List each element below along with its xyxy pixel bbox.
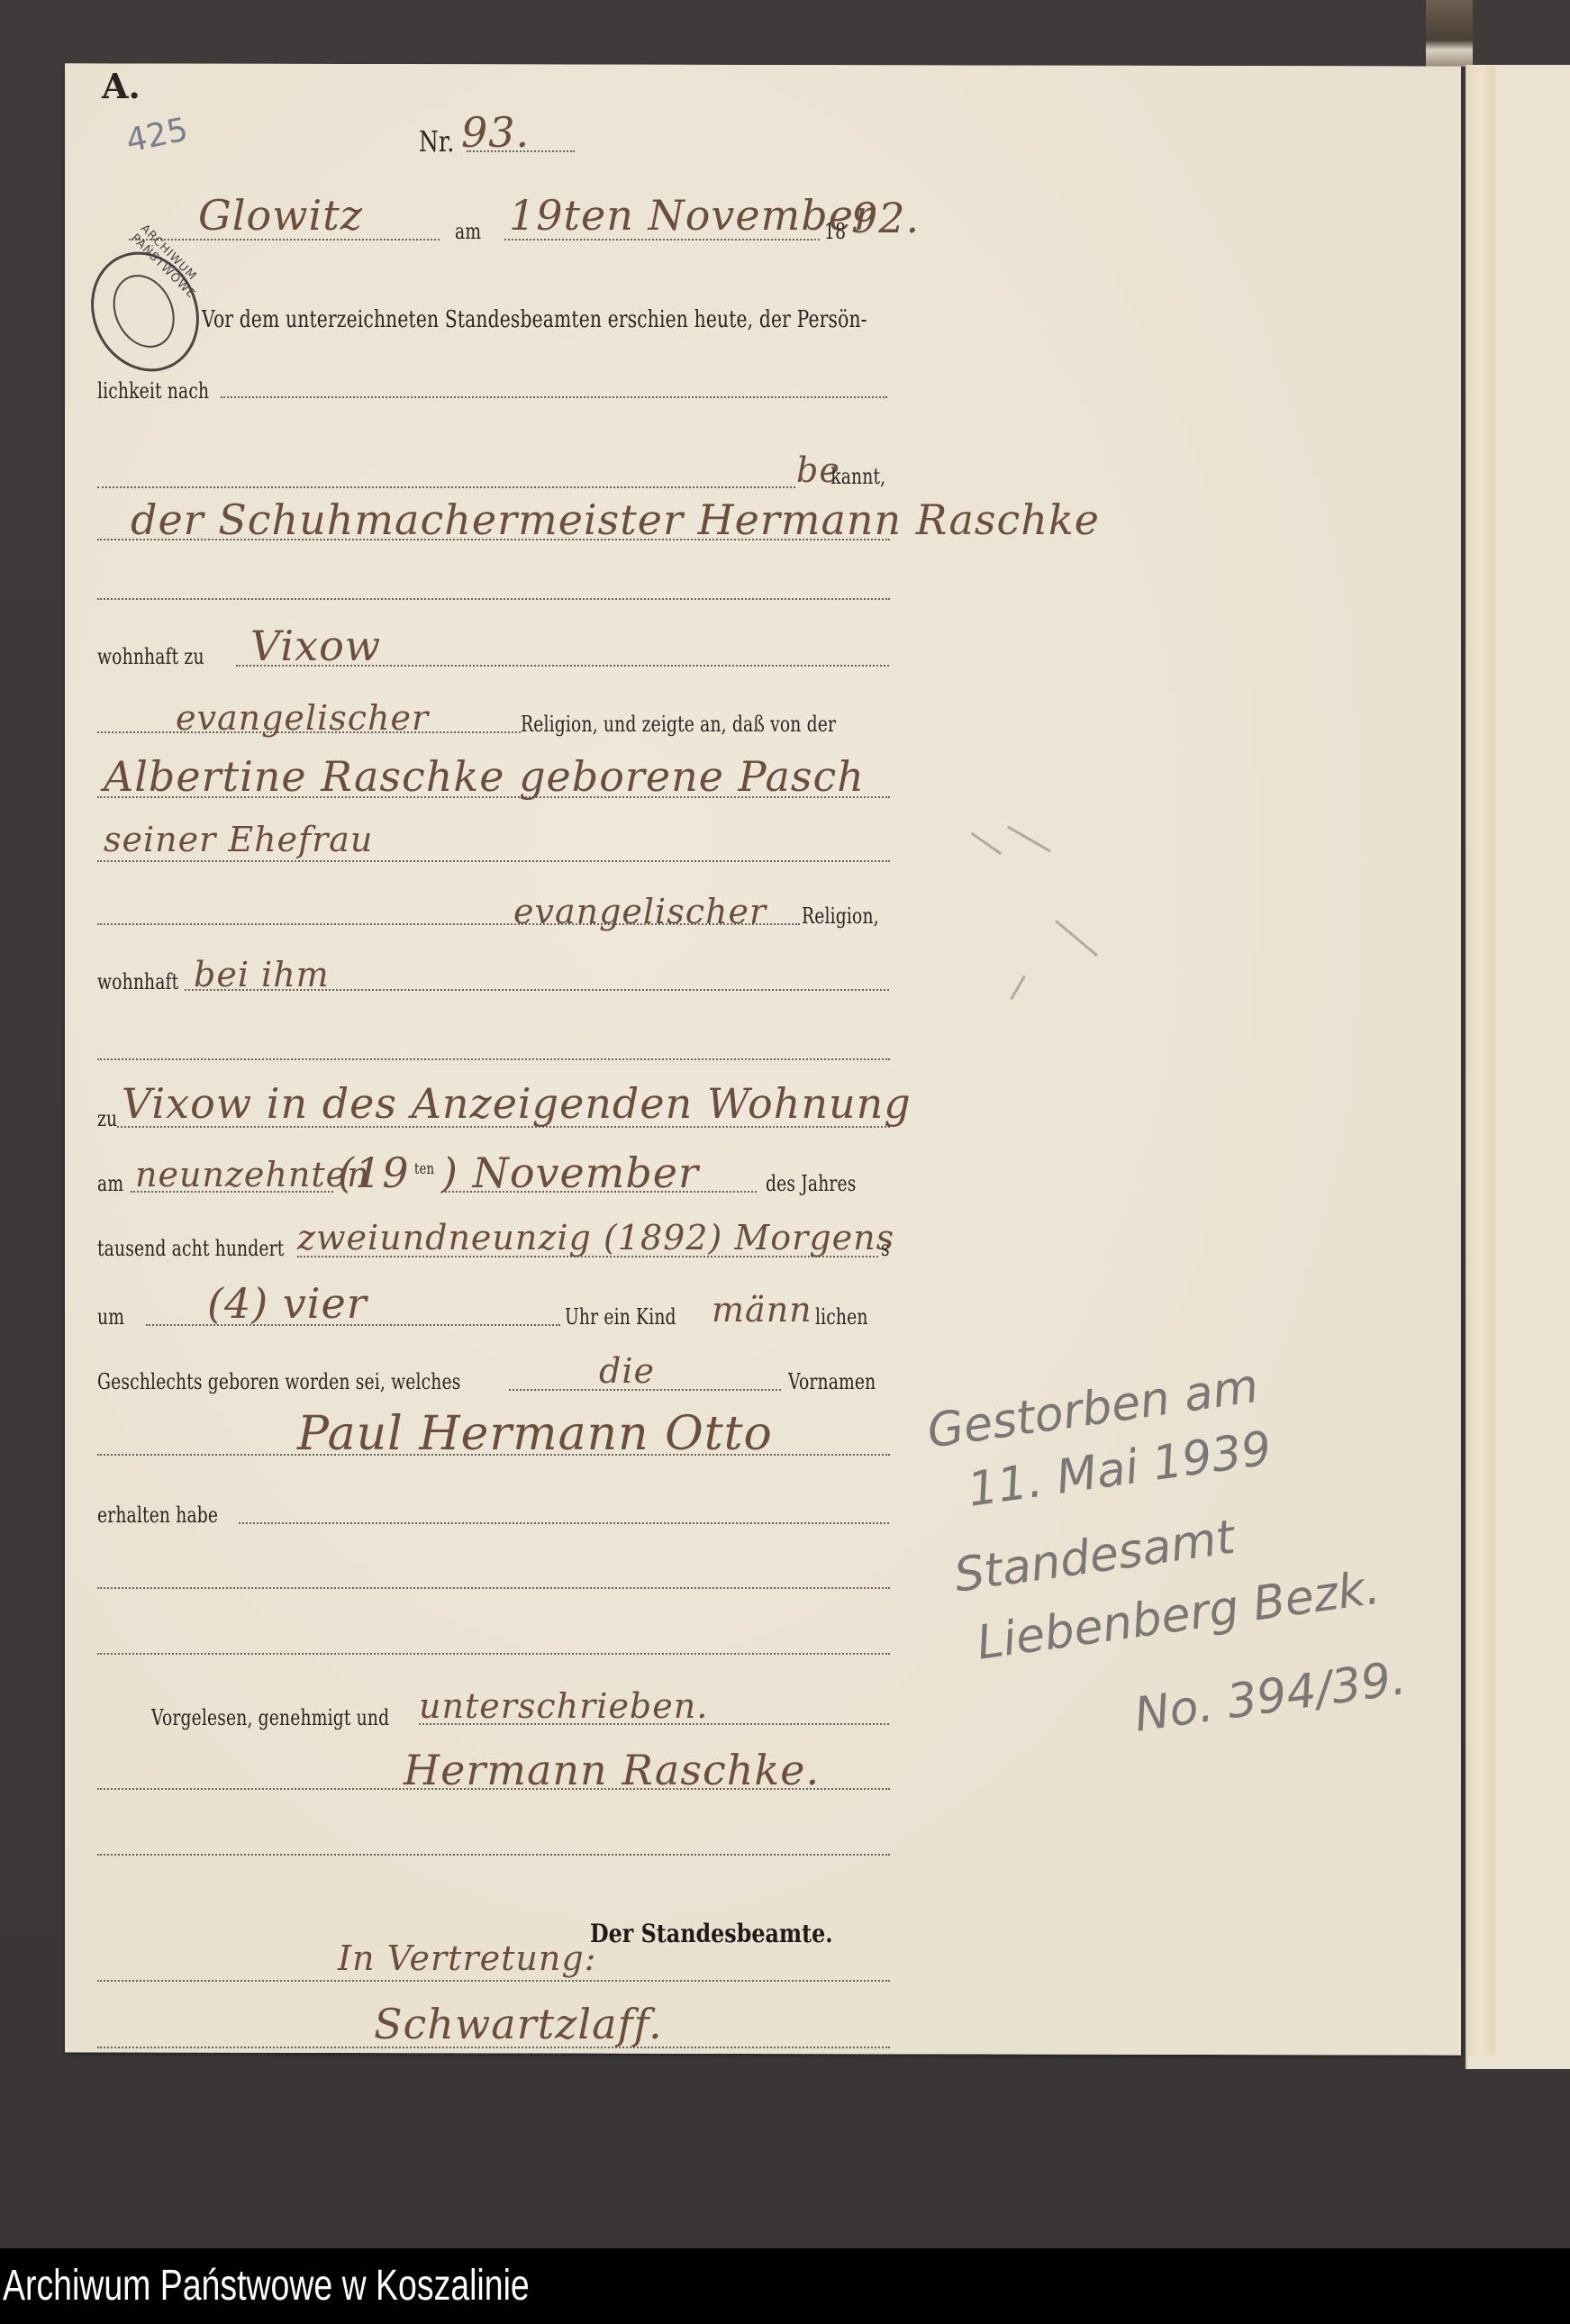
birth-day-label: am (97, 1171, 123, 1196)
mark (1055, 920, 1098, 957)
mother-religion-label: Religion, (802, 903, 879, 929)
dotted-line (97, 1058, 890, 1060)
year-words: zweiundneunzig (1892) Morgens (297, 1218, 894, 1257)
year-suffix: s (881, 1236, 890, 1261)
dotted-line (97, 1854, 890, 1856)
declarant-signature: Hermann Raschke. (404, 1746, 820, 1794)
child-names: Paul Hermann Otto (297, 1407, 773, 1461)
mother-residence: bei ihm (194, 955, 330, 994)
given-names-label: Vornamen (788, 1369, 876, 1394)
page-fold (1466, 67, 1495, 2056)
dotted-line (97, 1980, 890, 1982)
binding-tab (1426, 0, 1473, 67)
dotted-line (97, 598, 890, 600)
mother-name: Albertine Raschke geborene Pasch (104, 752, 865, 801)
record-number-label: Nr. (419, 124, 454, 159)
read-approved-label: Vorgelesen, genehmigt und (151, 1705, 389, 1730)
intro-line-2: lichkeit nach (97, 378, 209, 404)
date-prefix: am (455, 219, 481, 244)
registry-year: 92. (851, 194, 920, 242)
registrar-signature: Schwartzlaff. (374, 2000, 663, 2048)
birth-day-number: (19 (338, 1148, 409, 1197)
child-sex-suffix: lichen (815, 1304, 868, 1330)
birthplace: Vixow in des Anzeigenden Wohnung (122, 1079, 912, 1128)
archive-name: Archiwum Państwowe w Koszalinie (3, 2261, 530, 2310)
received-label: erhalten habe (97, 1502, 218, 1528)
declarant-residence: Vixow (250, 622, 381, 670)
mother-residence-label: wohnhaft (97, 969, 178, 994)
thousand-label: tausend acht hundert (97, 1236, 284, 1261)
year-label: des Jahres (766, 1171, 857, 1196)
birth-day-words: neunzehnten (135, 1155, 370, 1194)
faint-pencil-marks (968, 824, 1103, 1022)
mark (1007, 825, 1051, 852)
mother-religion: evangelischer (513, 892, 767, 931)
registry-date: 19ten November (509, 191, 875, 240)
birth-month: ) November (441, 1148, 699, 1197)
child-sex: männ (712, 1290, 812, 1330)
dotted-line (97, 1587, 890, 1589)
article: die (599, 1351, 655, 1391)
time-label: um (97, 1304, 124, 1330)
child-label: Uhr ein Kind (565, 1304, 676, 1330)
dotted-line (97, 1653, 890, 1655)
dotted-line (239, 1522, 889, 1524)
religion-text: Religion, und zeigte an, daß von der (521, 712, 836, 737)
residence-label: wohnhaft zu (97, 644, 204, 669)
declarant-name: der Schuhmachermeister Hermann Raschke (131, 495, 1100, 544)
record-number: 93. (461, 108, 530, 157)
corner-letter: A. (102, 66, 141, 106)
registry-place: Glowitz (198, 191, 363, 240)
registrar-line-1: In Vertretung: (338, 1938, 596, 1978)
declarant-religion: evangelischer (176, 698, 429, 738)
dotted-line (467, 150, 575, 152)
year-prefix: 18 (824, 219, 846, 244)
intro-line-1: Vor dem unterzeichneten Standesbeamten e… (202, 306, 867, 333)
dotted-line (221, 396, 887, 398)
gender-line: Geschlechts geboren worden sei, welches (97, 1369, 461, 1394)
birthplace-label: zu (97, 1106, 117, 1131)
read-signed: unterschrieben. (419, 1686, 708, 1726)
birth-day-suffix: ten (414, 1160, 434, 1178)
known-suffix: kannt, (830, 464, 885, 489)
mark (1010, 976, 1026, 1000)
mark (971, 832, 1002, 855)
birth-time: (4) vier (207, 1279, 368, 1328)
dotted-line (97, 860, 890, 862)
dotted-line (97, 486, 795, 488)
mother-relation: seiner Ehefrau (104, 820, 373, 859)
registrar-heading: Der Standesbeamte. (590, 1919, 833, 1948)
archive-footer-bar: Archiwum Państwowe w Koszalinie (0, 2248, 1570, 2324)
